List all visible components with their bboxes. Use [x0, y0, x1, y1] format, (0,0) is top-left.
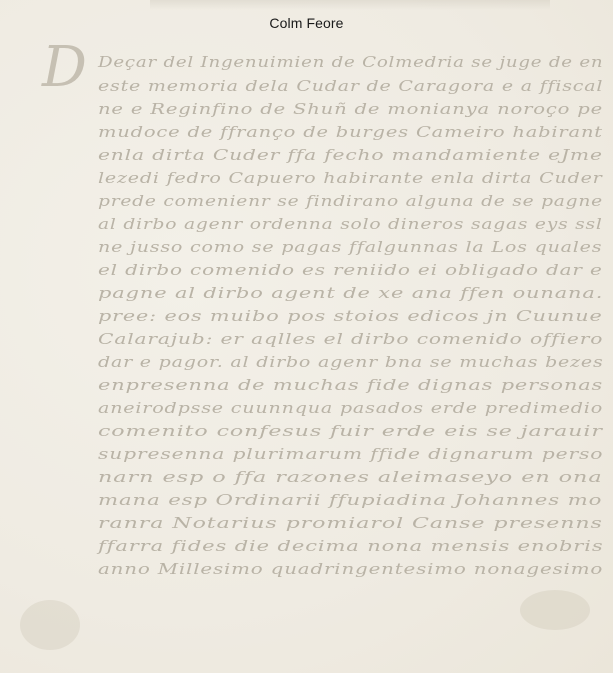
- manuscript-line: este memoria dela Cudar de Caragora e a …: [98, 79, 603, 95]
- manuscript-line: el dirbo comenido es reniido ei obligado…: [98, 263, 603, 279]
- manuscript-page: Colm Feore D Deçar del Ingenuimien de Co…: [0, 0, 613, 673]
- manuscript-line: aneirodpsse cuunnqua pasados erde predim…: [98, 401, 603, 417]
- manuscript-line: pagne al dirbo agent de xe ana ffen ouna…: [98, 286, 603, 302]
- manuscript-line: enpresenna de muchas fide dignas persona…: [98, 378, 603, 394]
- manuscript-line: ffarra fides die decima nona mensis enob…: [98, 539, 604, 555]
- manuscript-line: lezedi fedro Capuero habirante enla dirt…: [98, 171, 603, 187]
- manuscript-line: al dirbo agenr ordenna solo dineros saga…: [98, 217, 603, 233]
- manuscript-line: mudoce de ffranço de burges Cameiro habi…: [98, 125, 603, 141]
- manuscript-line: enla dirta Cuder ffa fecho mandamiente e…: [98, 148, 603, 164]
- illuminated-initial: D: [42, 40, 87, 96]
- manuscript-line: supresenna plurimarum ffide dignarum per…: [98, 447, 603, 463]
- manuscript-line: prede comenienr se findirano alguna de s…: [98, 194, 603, 210]
- manuscript-line: dar e pagor. al dirbo agenr bna se mucha…: [98, 355, 604, 371]
- manuscript-line: narn esp o ffa razones aleimaseyo en ona: [98, 470, 603, 486]
- manuscript-line: pree: eos muibo pos stoios edicos jn Cuu…: [98, 309, 603, 325]
- manuscript-line: Calarajub: er aqlles el dirbo comenido o…: [98, 332, 603, 348]
- manuscript-line: comenito confesus fuir erde eis se jarau…: [98, 424, 603, 440]
- manuscript-line: Deçar del Ingenuimien de Colmedria se ju…: [98, 55, 603, 71]
- manuscript-line: ne e Reginfino de Shuñ de monianya noroç…: [98, 102, 603, 118]
- handwritten-text: D Deçar del Ingenuimien de Colmedria se …: [0, 0, 613, 673]
- manuscript-line: ne jusso como se pagas ffalgunnas la Los…: [98, 240, 602, 256]
- manuscript-line: ranra Notarius promiarol Canse presenns: [98, 516, 603, 532]
- manuscript-line: anno Millesimo quadringentesimo nonagesi…: [98, 562, 603, 578]
- manuscript-line: mana esp Ordinarii ffupiadina Johannes m…: [98, 493, 602, 509]
